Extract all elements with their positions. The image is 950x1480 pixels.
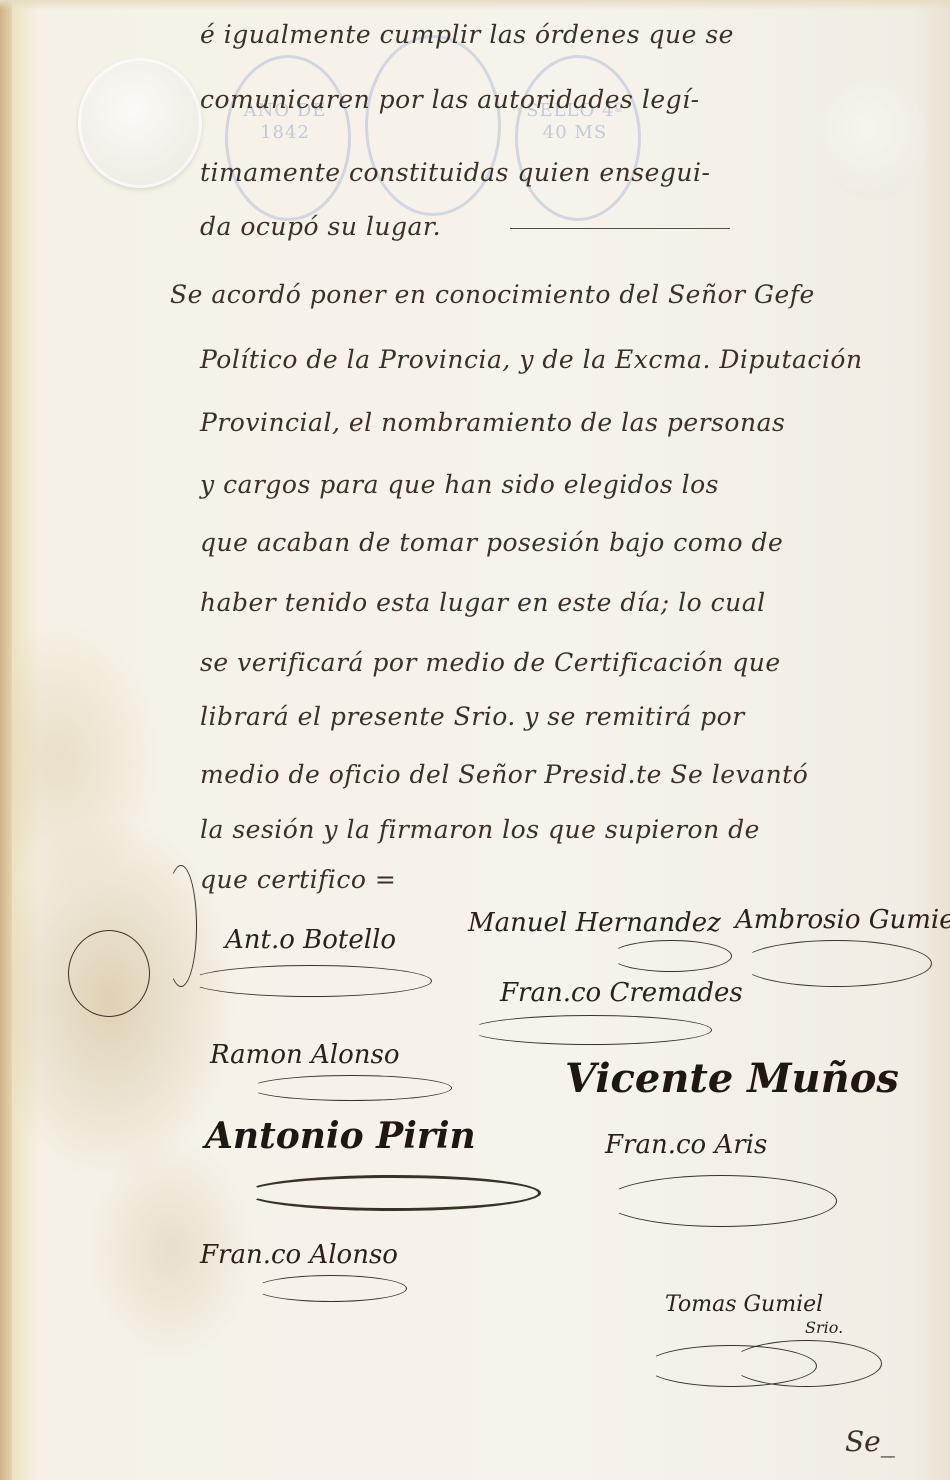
signature-tomas-gumiel: Tomas Gumiel	[665, 1292, 823, 1317]
embossed-seal	[78, 58, 202, 188]
signature-cremades: Fran.co Cremades	[500, 978, 743, 1008]
body-line: comunicaren por las autoridades legí-	[200, 85, 700, 114]
signature-rubric	[610, 940, 732, 972]
signature-rubric	[255, 1275, 407, 1302]
body-line: timamente constituidas quien ensegui-	[200, 158, 710, 187]
signature-rubric	[605, 1175, 837, 1227]
embossed-seal-right	[818, 80, 928, 200]
signature-rubric	[250, 1075, 452, 1101]
body-line: haber tenido esta lugar en este día; lo …	[200, 588, 766, 617]
body-line: Se acordó poner en conocimiento del Seño…	[170, 280, 815, 309]
signature-rubric	[190, 965, 432, 997]
signature-rubric	[470, 1015, 712, 1045]
paper-edge-left	[0, 0, 12, 1480]
body-line: que acaban de tomar posesión bajo como d…	[200, 528, 783, 557]
secretary-title: Srio.	[805, 1318, 843, 1337]
signature-flourish	[68, 930, 150, 1017]
stamp-oval-center-crest	[365, 35, 501, 216]
paper-edge-top	[0, 0, 950, 10]
revenue-stamp: AÑO DE 1842 SELLO 4º 40 MS	[225, 35, 645, 215]
signature-antonio-pirin: Antonio Pirin	[205, 1115, 476, 1157]
body-line: que certifico =	[200, 865, 396, 894]
signature-aris: Fran.co Aris	[605, 1130, 767, 1160]
signature-gumiel-ambrosio: Ambrosio Gumiel	[735, 905, 950, 935]
body-line: Provincial, el nombramiento de las perso…	[200, 408, 785, 437]
body-line: la sesión y la firmaron los que supieron…	[200, 815, 760, 844]
signature-flourish	[165, 865, 197, 987]
body-line: se verificará por medio de Certificación…	[200, 648, 781, 677]
signature-ramon-alonso: Ramon Alonso	[210, 1040, 399, 1070]
body-line: librará el presente Srio. y se remitirá …	[200, 702, 745, 731]
signature-francisco-alonso: Fran.co Alonso	[200, 1240, 398, 1270]
signature-rubric	[245, 1175, 541, 1211]
signature-hernandez: Manuel Hernandez	[468, 908, 721, 938]
body-line: medio de oficio del Señor Presid.te Se l…	[200, 760, 808, 789]
signature-rubric	[740, 940, 932, 987]
line-filler-rule	[510, 228, 730, 229]
signature-rubric	[730, 1340, 882, 1387]
body-line: da ocupó su lugar.	[200, 212, 441, 241]
manuscript-page: AÑO DE 1842 SELLO 4º 40 MS é igualmente …	[0, 0, 950, 1480]
body-line: é igualmente cumplir las órdenes que se	[200, 20, 734, 49]
body-line: Político de la Provincia, y de la Excma.…	[200, 345, 863, 374]
catchword: Se_	[845, 1425, 895, 1458]
signature-botello: Ant.o Botello	[225, 925, 396, 955]
body-line: y cargos para que han sido elegidos los	[200, 470, 719, 499]
signature-vicente-munos: Vicente Muños	[565, 1055, 899, 1102]
